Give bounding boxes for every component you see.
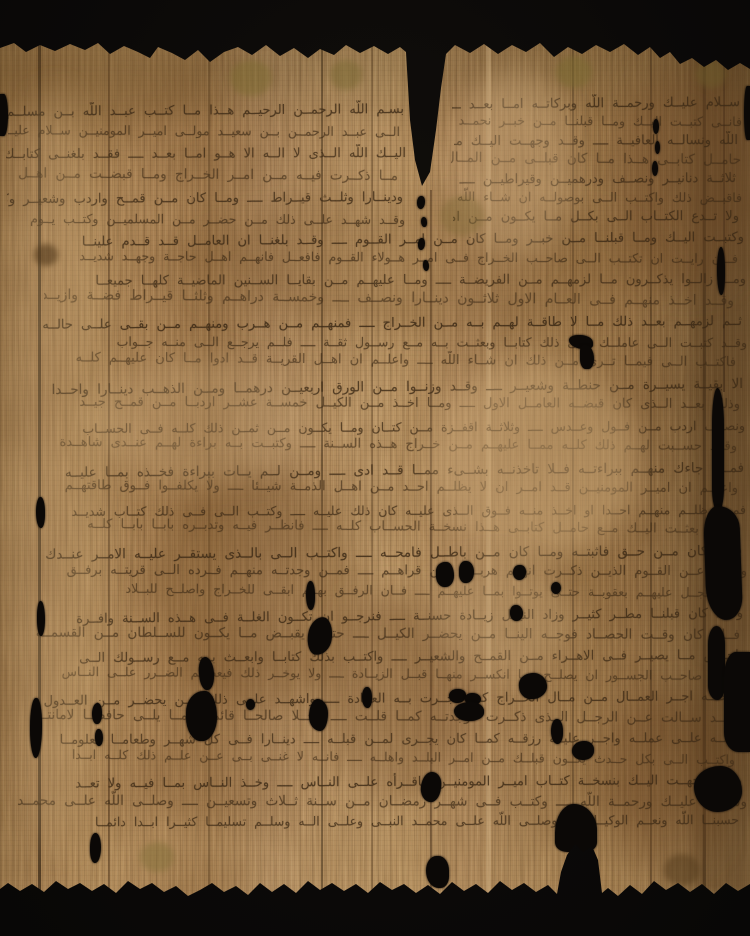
script-line: واعلــم ان اميــر المومنيــن قــد امــر … <box>33 476 738 499</box>
script-line: الــى عبــد الرحمــن بــن سعيــد مولــى … <box>8 120 400 142</box>
damage-hole <box>655 141 660 154</box>
script-line: ولا تــدع الكتــاب الــى بكــل مــا يكــ… <box>453 207 739 228</box>
damage-hole <box>0 94 8 136</box>
script-line: وســلام عليــك ورحمــة اللّه ــــ وكتــب… <box>9 791 747 812</box>
damage-hole <box>306 581 315 610</box>
damage-hole <box>36 497 45 528</box>
stain-mark <box>230 60 272 96</box>
script-line: حامــل كتابــى هــذا مــا كان قبلــى مــ… <box>451 148 741 170</box>
script-line: ومــر صاحــب الجســور ان يصلــح مــا انك… <box>11 662 737 686</box>
papyrus-sheet: بسـم اللّه الرحمــن الرحيــم هــذا مــا … <box>0 0 750 936</box>
script-line: وقــد حســبت لهــم ذلك كلــه ممــا عليهـ… <box>12 433 737 457</box>
script-line: وذلك بعــد الــذى كان قبضــه العامــل ال… <box>0 392 740 415</box>
damage-hole <box>712 388 724 512</box>
script-line: اليــك اللّه الــذى لا الــه الا هــو ام… <box>6 144 406 165</box>
stain-mark <box>330 60 362 90</box>
damage-hole <box>694 766 742 812</box>
damage-hole <box>744 86 750 140</box>
damage-hole <box>708 626 725 700</box>
damage-hole <box>95 729 103 746</box>
damage-hole <box>652 161 658 176</box>
script-line: فاكتــب الــى فيمــا تــرى مــن ذلك ان ش… <box>36 348 736 373</box>
stain-mark <box>696 60 726 88</box>
damage-hole <box>246 699 255 710</box>
script-line: حسبنــا اللّه ونعــم الوكيــل ــــ وصلــ… <box>27 810 739 832</box>
damage-hole <box>417 196 425 209</box>
papyrus-photo: بسـم اللّه الرحمــن الرحيــم هــذا مــا … <box>0 0 750 936</box>
damage-hole <box>186 691 217 741</box>
stain-mark <box>556 56 592 88</box>
script-line: ولا تعجــل عليهــم بعقوبــة حتــى يوتــو… <box>34 578 736 603</box>
script-line: وقــد ســالت عــن الرجــل الــذى ذكــرت … <box>30 705 738 728</box>
damage-hole <box>724 652 750 752</box>
stain-mark <box>664 854 700 886</box>
script-line: فانــى كتبــت اليــك ومــا قبلنــا مــن … <box>450 110 742 132</box>
damage-hole <box>421 217 427 227</box>
stain-mark <box>140 842 174 872</box>
script-line: فــاذا كان وقــت الحصــاد فوجــه الينــا… <box>0 622 740 645</box>
damage-hole <box>92 703 102 724</box>
damage-hole <box>717 247 725 295</box>
script-line: وقــد شهــد علــى ذلك مــن حضــر مــن ال… <box>25 209 405 230</box>
damage-hole <box>309 699 328 731</box>
script-line: فــان رايــت ان تكتــب الــى صاحــب الخـ… <box>28 246 738 269</box>
damage-hole <box>90 833 101 863</box>
damage-hole <box>436 562 454 587</box>
damage-hole <box>423 260 429 271</box>
script-line: مــا ذكــرت فيــه مــن امــر الخــراج وم… <box>10 163 398 186</box>
script-line: ودينــارا وثلــث قيــراط ــــ ومــا كان … <box>7 188 403 210</box>
damage-hole <box>459 561 474 583</box>
damage-hole <box>362 687 372 708</box>
script-line: بسـم اللّه الرحمــن الرحيــم هــذا مــا … <box>6 100 404 123</box>
damage-hole <box>572 741 594 760</box>
damage-hole <box>510 605 523 621</box>
damage-hole <box>37 601 45 636</box>
script-line: فاقبــض ذلك واكتــب الــى بوصولــه ان شـ… <box>450 187 742 208</box>
damage-hole <box>426 856 449 888</box>
damage-hole <box>653 119 659 134</box>
damage-hole <box>551 582 561 594</box>
script-line: واكتــب الــى بكل حــدث يكــون قبلــك مـ… <box>40 745 735 770</box>
damage-hole <box>454 702 484 721</box>
damage-hole <box>703 505 743 620</box>
script-line: وقــد بعثــت اليــك مــع حامــل كتابــى … <box>42 515 734 540</box>
damage-hole <box>551 719 563 744</box>
